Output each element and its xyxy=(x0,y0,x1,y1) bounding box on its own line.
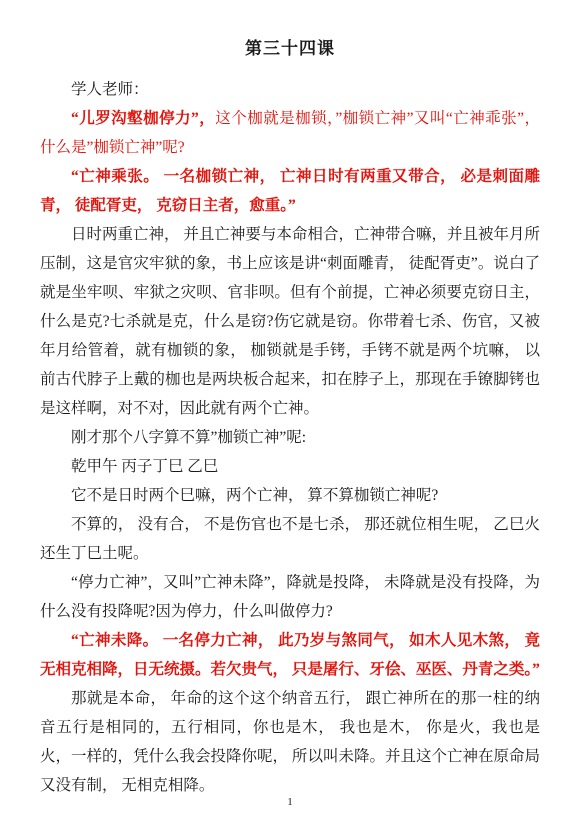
text-run: 乾甲午 丙子丁巳 乙巳 xyxy=(71,458,218,475)
paragraph: “停力亡神”，又叫”亡神未降”，降就是投降， 未降就是没有投降，为什么没有投降呢… xyxy=(40,568,540,626)
text-run: 日时两重亡神， 并且亡神要与本命相合，亡神带合嘛，并且被年月所压制，这是官灾牢狱… xyxy=(40,226,540,417)
text-run: 它不是日时两个巳嘛，两个亡神， 算不算枷锁亡神呢? xyxy=(71,487,438,504)
text-run: “亡神未降。 一名停力亡神， 此乃岁与煞同气， 如木人见木煞， 竟无相克相降，日… xyxy=(40,632,540,678)
paragraph: “儿罗沟壑枷停力”，这个枷就是枷锁，”枷锁亡神”又叫“亡神乖张”，什么是”枷锁亡… xyxy=(40,104,540,162)
text-run: 不算的， 没有合， 不是伤官也不是七杀， 那还就位相生呢， 乙巳火还生丁巳土呢。 xyxy=(40,516,540,562)
paragraph: 日时两重亡神， 并且亡神要与本命相合，亡神带合嘛，并且被年月所压制，这是官灾牢狱… xyxy=(40,220,540,423)
text-run: “亡神乘张。 一名枷锁亡神， 亡神日时有两重又带合， 必是刺面雕青， 徒配胥吏，… xyxy=(40,168,540,214)
text-run: “儿罗沟壑枷停力”， xyxy=(71,110,215,127)
document-body: 学人老师：“儿罗沟壑枷停力”，这个枷就是枷锁，”枷锁亡神”又叫“亡神乖张”，什么… xyxy=(40,75,540,800)
paragraph: 乾甲午 丙子丁巳 乙巳 xyxy=(40,452,540,481)
text-run: 那就是本命， 年命的这个这个纳音五行， 跟亡神所在的那一柱的纳音五行是相同的，五… xyxy=(40,690,540,794)
page-title: 第三十四课 xyxy=(40,34,540,59)
paragraph: “亡神乘张。 一名枷锁亡神， 亡神日时有两重又带合， 必是刺面雕青， 徒配胥吏，… xyxy=(40,162,540,220)
paragraph: 它不是日时两个巳嘛，两个亡神， 算不算枷锁亡神呢? xyxy=(40,481,540,510)
text-run: 刚才那个八字算不算”枷锁亡神”呢: xyxy=(71,429,306,446)
page-number: 1 xyxy=(0,796,580,808)
text-run: “停力亡神”，又叫”亡神未降”，降就是投降， 未降就是没有投降，为什么没有投降呢… xyxy=(40,574,540,620)
paragraph: “亡神未降。 一名停力亡神， 此乃岁与煞同气， 如木人见木煞， 竟无相克相降，日… xyxy=(40,626,540,684)
paragraph: 不算的， 没有合， 不是伤官也不是七杀， 那还就位相生呢， 乙巳火还生丁巳土呢。 xyxy=(40,510,540,568)
paragraph: 那就是本命， 年命的这个这个纳音五行， 跟亡神所在的那一柱的纳音五行是相同的，五… xyxy=(40,684,540,800)
document-page: 第三十四课 学人老师：“儿罗沟壑枷停力”，这个枷就是枷锁，”枷锁亡神”又叫“亡神… xyxy=(0,0,580,824)
paragraph: 学人老师： xyxy=(40,75,540,104)
paragraph: 刚才那个八字算不算”枷锁亡神”呢: xyxy=(40,423,540,452)
text-run: 学人老师： xyxy=(71,81,149,98)
